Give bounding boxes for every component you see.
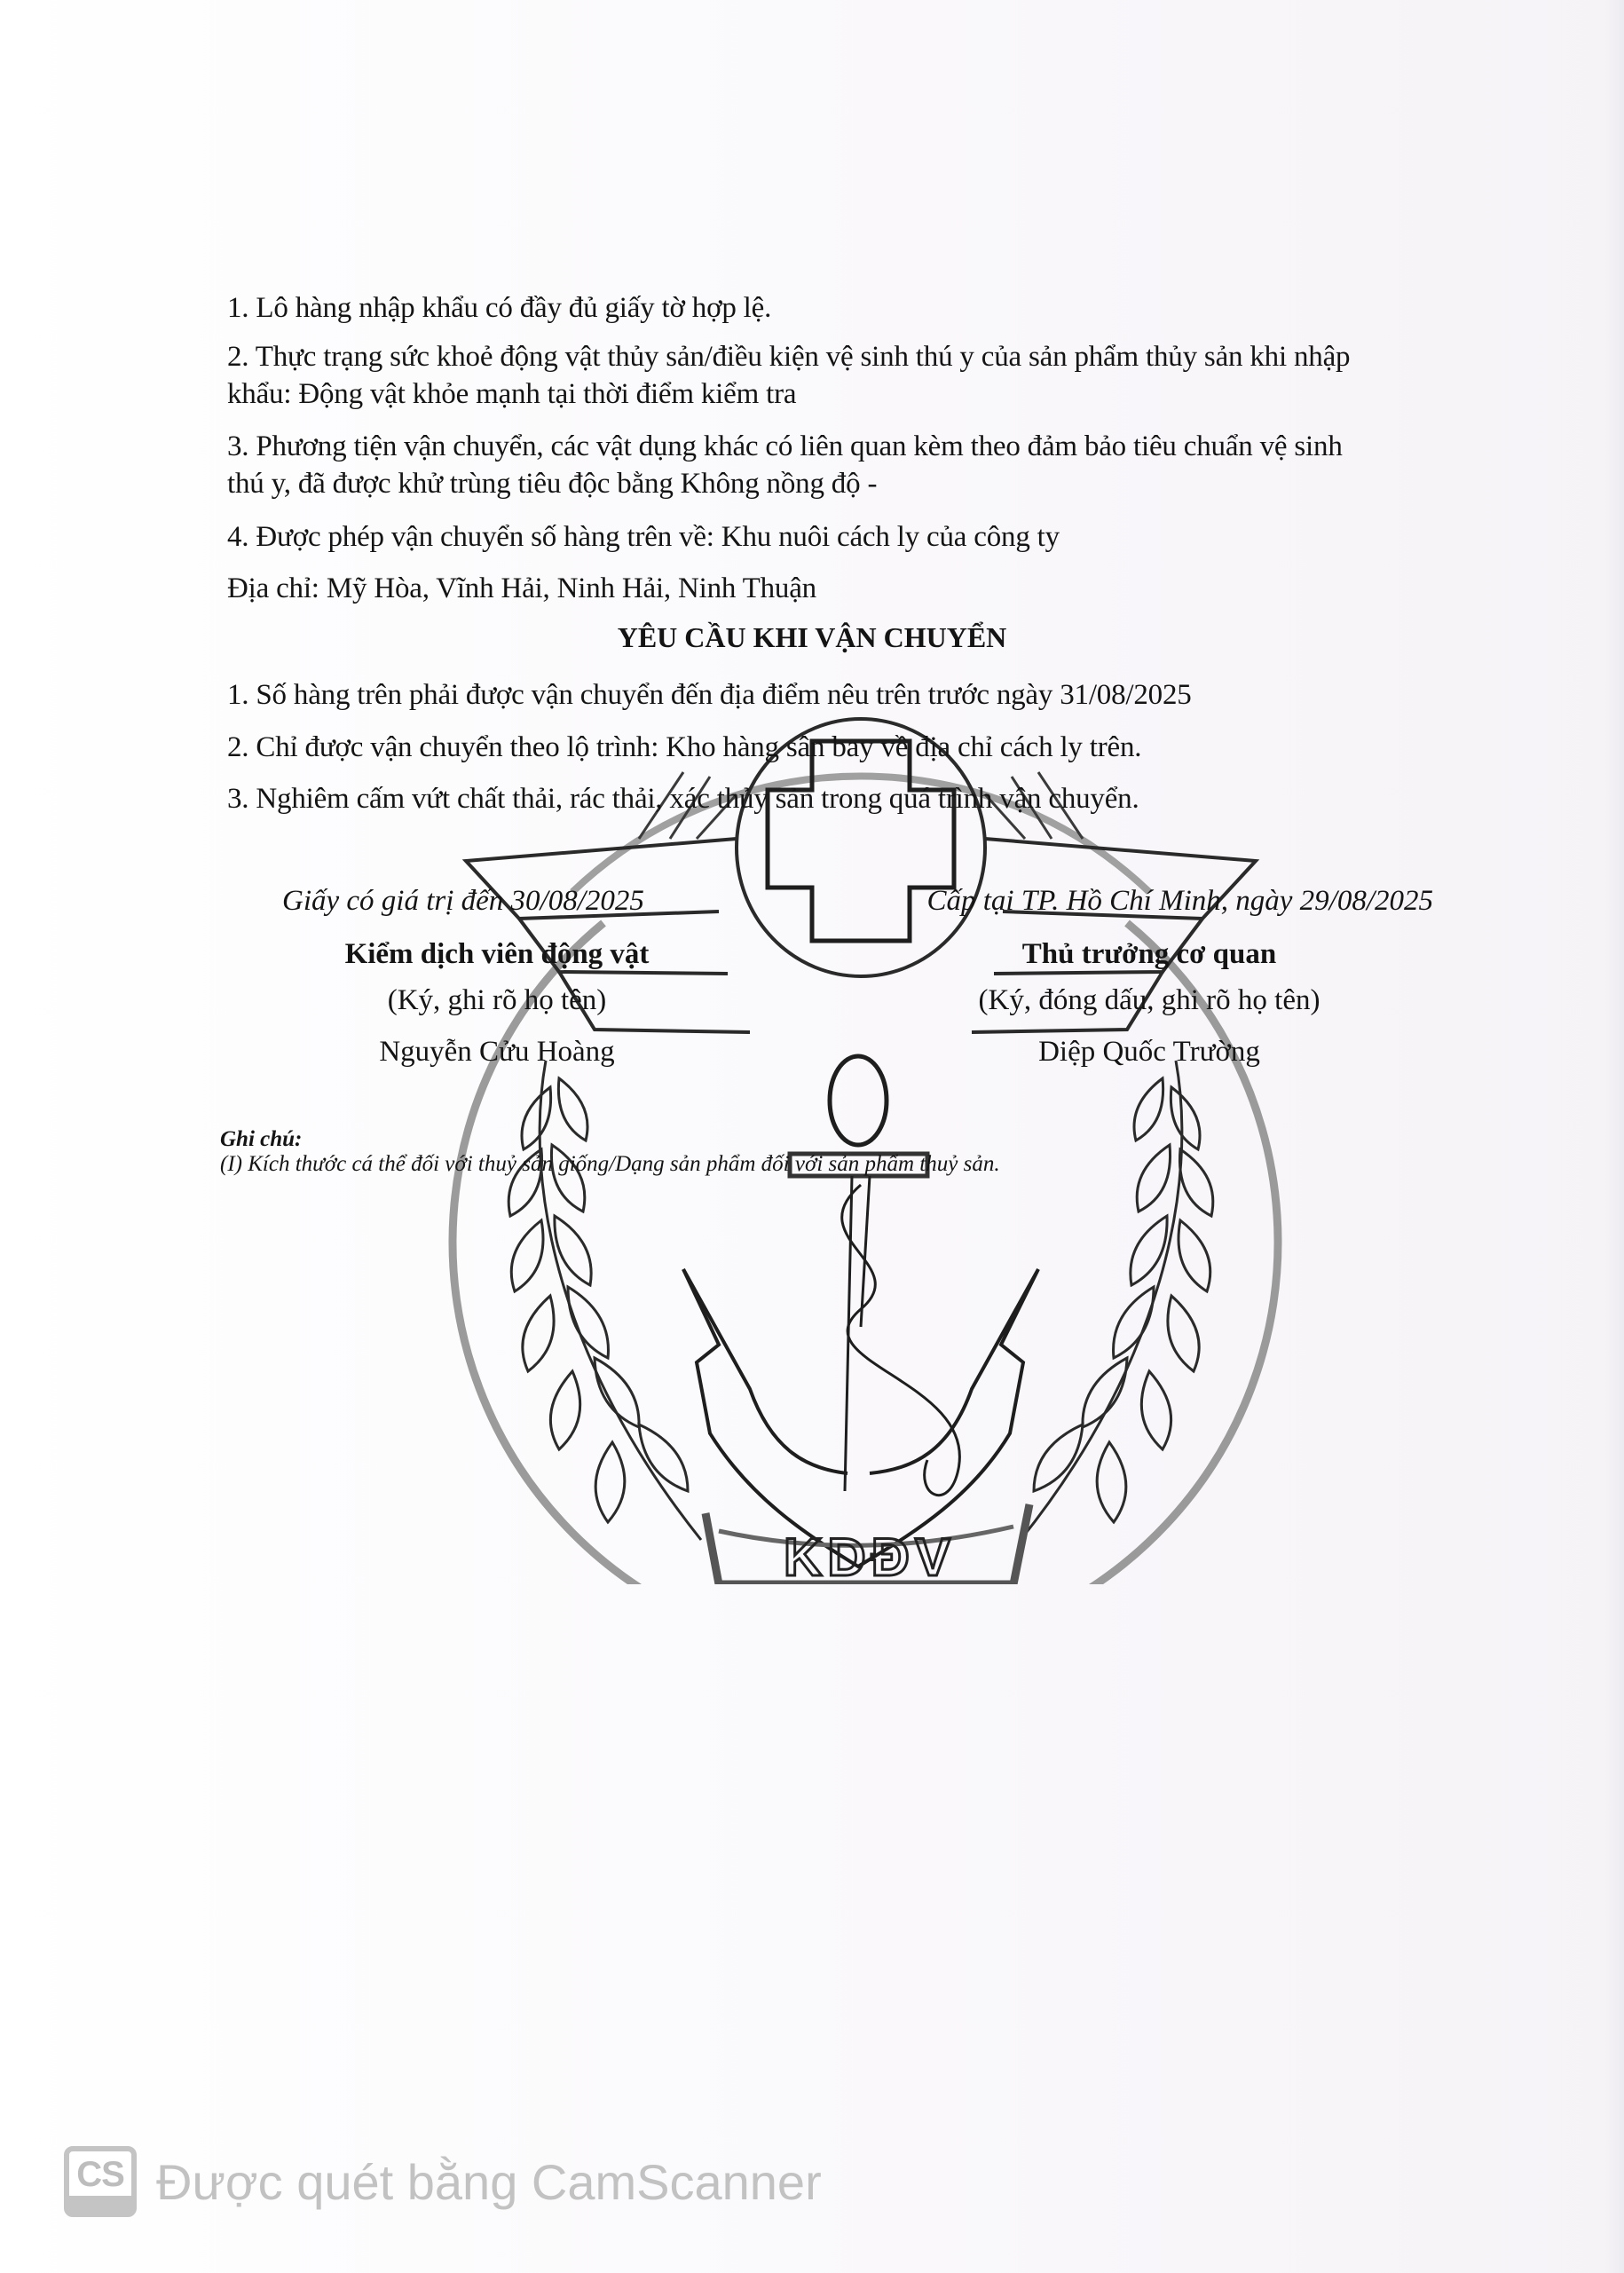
camscanner-logo-text: CS xyxy=(69,2155,131,2195)
camscanner-logo-icon: CS xyxy=(64,2146,137,2217)
inspector-title: Kiểm dịch viên động vật xyxy=(266,936,728,972)
issue-place-date: Cấp tại TP. Hồ Chí Minh, ngày 29/08/2025 xyxy=(865,883,1433,919)
condition-line-2: 2. Thực trạng sức khoẻ động vật thủy sản… xyxy=(227,339,1350,375)
condition-line-3: 3. Phương tiện vận chuyển, các vật dụng … xyxy=(227,429,1343,464)
requirement-3: 3. Nghiêm cấm vứt chất thải, rác thải, x… xyxy=(227,781,1139,817)
note-title: Ghi chú: xyxy=(220,1127,302,1152)
camscanner-logo-bar xyxy=(69,2196,131,2212)
camscanner-text: Được quét bằng CamScanner xyxy=(156,2153,822,2211)
requirement-2: 2. Chỉ được vận chuyển theo lộ trình: Kh… xyxy=(227,730,1141,765)
condition-line-1: 1. Lô hàng nhập khẩu có đầy đủ giấy tờ h… xyxy=(227,290,771,326)
note-text: (I) Kích thước cá thể đối với thuỷ sản g… xyxy=(220,1152,1000,1177)
camscanner-watermark: CS Được quét bằng CamScanner xyxy=(64,2146,822,2217)
inspector-name: Nguyễn Cửu Hoàng xyxy=(266,1034,728,1069)
condition-line-2-cont: khẩu: Động vật khỏe mạnh tại thời điểm k… xyxy=(227,376,796,412)
condition-line-3-cont: thú y, đã được khử trùng tiêu độc bằng K… xyxy=(227,466,877,501)
inspector-instruction: (Ký, ghi rõ họ tên) xyxy=(266,983,728,1018)
head-name: Diệp Quốc Trường xyxy=(865,1034,1433,1069)
head-instruction: (Ký, đóng dấu, ghi rõ họ tên) xyxy=(865,983,1433,1018)
address-line: Địa chỉ: Mỹ Hòa, Vĩnh Hải, Ninh Hải, Nin… xyxy=(227,571,816,606)
requirements-heading: YÊU CẦU KHI VẬN CHUYỂN xyxy=(0,621,1624,654)
head-title: Thủ trưởng cơ quan xyxy=(865,936,1433,972)
validity-date: Giấy có giá trị đến 30/08/2025 xyxy=(282,883,744,919)
condition-line-4: 4. Được phép vận chuyển số hàng trên về:… xyxy=(227,519,1060,555)
requirement-1: 1. Số hàng trên phải được vận chuyển đến… xyxy=(227,677,1192,713)
paper-edge-shadow xyxy=(1604,0,1624,2273)
